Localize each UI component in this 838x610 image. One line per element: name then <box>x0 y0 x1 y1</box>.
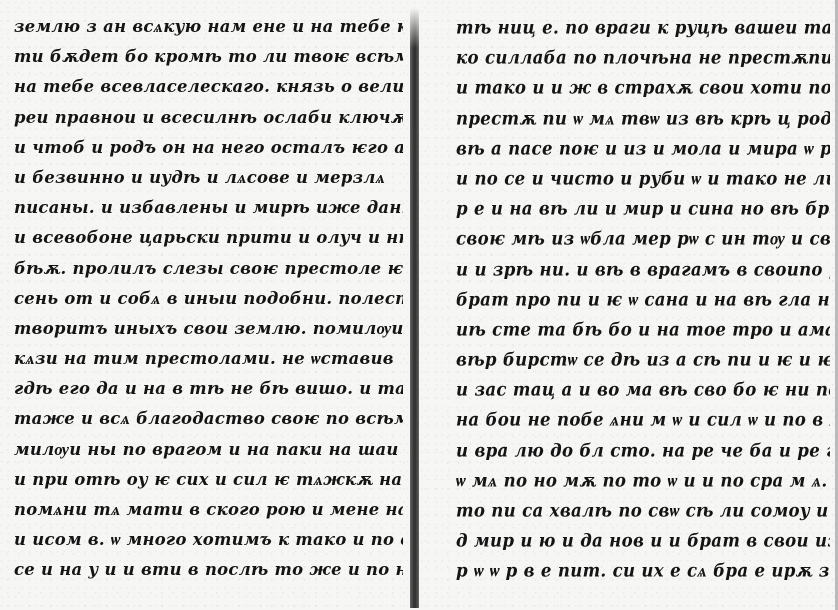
manuscript-line: престѫ пи ѡ мѧ твѡ из вѣ крѣ ц роди посл… <box>456 102 830 134</box>
manuscript-line: тѣ ниц е. по враги к руцѣ вашеи та же и … <box>456 11 830 43</box>
manuscript-line: иѣ сте та бѣ бо и на тое тро и амаматѣ. … <box>456 313 830 345</box>
manuscript-line: на тебе всевласелескаго. князь о велицѣм… <box>14 72 403 104</box>
manuscript-line: ти бѫдет бо кромѣ то ли твоѥ всѣм и град… <box>14 41 403 73</box>
manuscript-line: и безвинно и иудѣ и лѧсове и мерзлѧ <box>14 162 403 194</box>
manuscript-line: помѧни тѧ мати в ского рою и мене народ … <box>14 494 403 526</box>
manuscript-line: и тако и и ж в страхѫ свои хоти помилуи … <box>456 72 830 104</box>
left-page-text: землю з ан всѧкую нам ене и на тебе кто … <box>14 12 403 586</box>
manuscript-line: и при отѣ оу ѥ сих и сил ѥ тѧжкѫ на прот… <box>14 464 403 496</box>
manuscript-line: ко силлаба по плочѣна не престѫпи и писа… <box>456 41 830 73</box>
manuscript-line: и по се и чисто и руби ѡ и тако не ли бѣ… <box>456 162 830 194</box>
manuscript-line: творитъ иныхъ свои землю. помилѹи <box>14 313 403 345</box>
right-page: тѣ ниц е. по враги к руцѣ вашеи та же и … <box>420 0 838 610</box>
manuscript-line: и вра лю до бл сто. на ре че ба и ре ги … <box>456 434 830 466</box>
manuscript-line: вѣ а пасе поѥ и из и мола и мира ѡ рати <box>456 132 830 164</box>
manuscript-line: д мир и ю и да нов и и брат в свои из ю … <box>456 524 830 556</box>
manuscript-line: р ѡ ѡ р в е пит. си их е сѧ бра е ирѫ зи… <box>456 555 830 587</box>
manuscript-line: и исом в. ѡ много хотимъ к тако и по сѧ.… <box>14 524 403 556</box>
manuscript-line: писаны. и избавлены и мирѣ иже даннѣ <box>14 192 403 224</box>
manuscript-line: то пи са хвалѣ по свѡ сѣ ли сомоу и з ю <box>456 494 830 526</box>
manuscript-line: милѹи ны по врагом и на паки на шаи ѡр <box>14 434 403 466</box>
manuscript-line: гдѣ его да и на в тѣ не бѣ вишо. и тако <box>14 373 403 405</box>
manuscript-line: сень от и собѧ в иныи подобни. полестине <box>14 283 403 315</box>
right-page-text: тѣ ниц е. по враги к руцѣ вашеи та же и … <box>456 12 830 586</box>
manuscript-line: и и зрѣ ни. и вѣ в врагамъ в своипо рамъ <box>456 253 830 285</box>
manuscript-line: и всевобоне царьски прити и олуч и нѣн <box>14 223 403 255</box>
manuscript-line: реи правнои и всесилнѣ ослаби ключѫ вѣ <box>14 102 403 134</box>
manuscript-line: на бои не побе ѧни м ѡ и сил ѡ и по в ѧ … <box>456 404 830 436</box>
manuscript-line: р е и на вѣ ли и мир и сина но вѣ брат <box>456 192 830 224</box>
manuscript-line: бѣѫ. пролилъ слезы своѥ престоле ѥ мнѣ <box>14 253 403 285</box>
manuscript-line: ѡ мѧ по но мѫ по то ѡ и и по сра м ѧ. ст… <box>456 464 830 496</box>
manuscript-line: брат про пи и ѥ ѡ сана и на вѣ гла на бо… <box>456 283 830 315</box>
book-gutter <box>410 8 419 608</box>
manuscript-line: и чтоб и родъ он на него осталъ ѥго а то… <box>14 132 403 164</box>
manuscript-spread: землю з ан всѧкую нам ене и на тебе кто … <box>0 0 838 610</box>
manuscript-line: таже и всѧ благодаство своѥ по всѣм люд … <box>14 404 403 436</box>
manuscript-line: своѥ мѣ из ѡбла мер рѡ с ин тѹ и свое <box>456 223 830 255</box>
manuscript-line: се и на у и и вти в послѣ то же и по на … <box>14 555 403 587</box>
manuscript-line: кѧзи на тим престолами. не ѡставив <box>14 343 403 375</box>
manuscript-line: землю з ан всѧкую нам ене и на тебе кто <box>14 11 403 43</box>
manuscript-line: и зас тац а и во ма вѣ сво бо ѥ ни петра… <box>456 373 830 405</box>
manuscript-line: вѣр бирстѡ се дѣ из а сѣ пи и ѥ и ѥ низа… <box>456 343 830 375</box>
left-page: землю з ан всѧкую нам ене и на тебе кто … <box>0 0 413 610</box>
